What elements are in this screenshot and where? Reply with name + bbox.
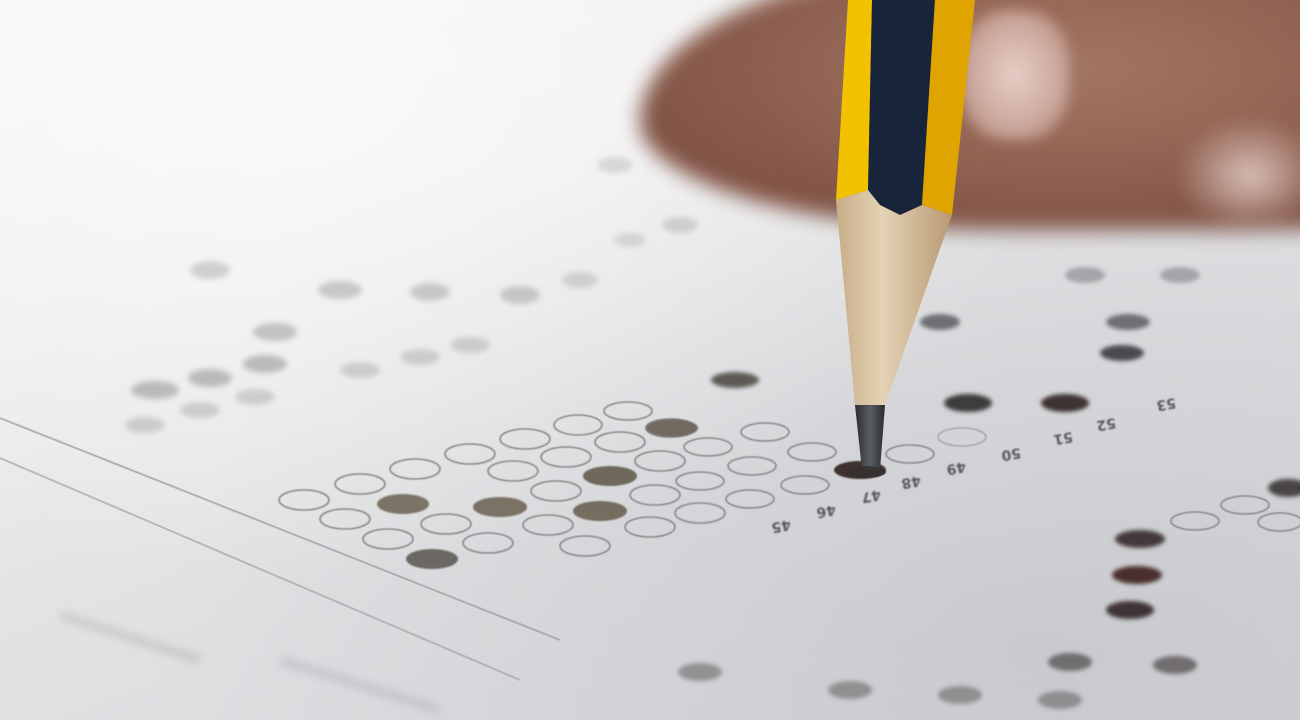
photo-scene: Close-up of a yellow and dark-blue strip… [0,0,1300,720]
pencil-graphite [855,405,885,470]
pencil-stripe-left [836,0,872,200]
pencil [0,0,1300,720]
pencil-wood-tip [836,190,952,405]
